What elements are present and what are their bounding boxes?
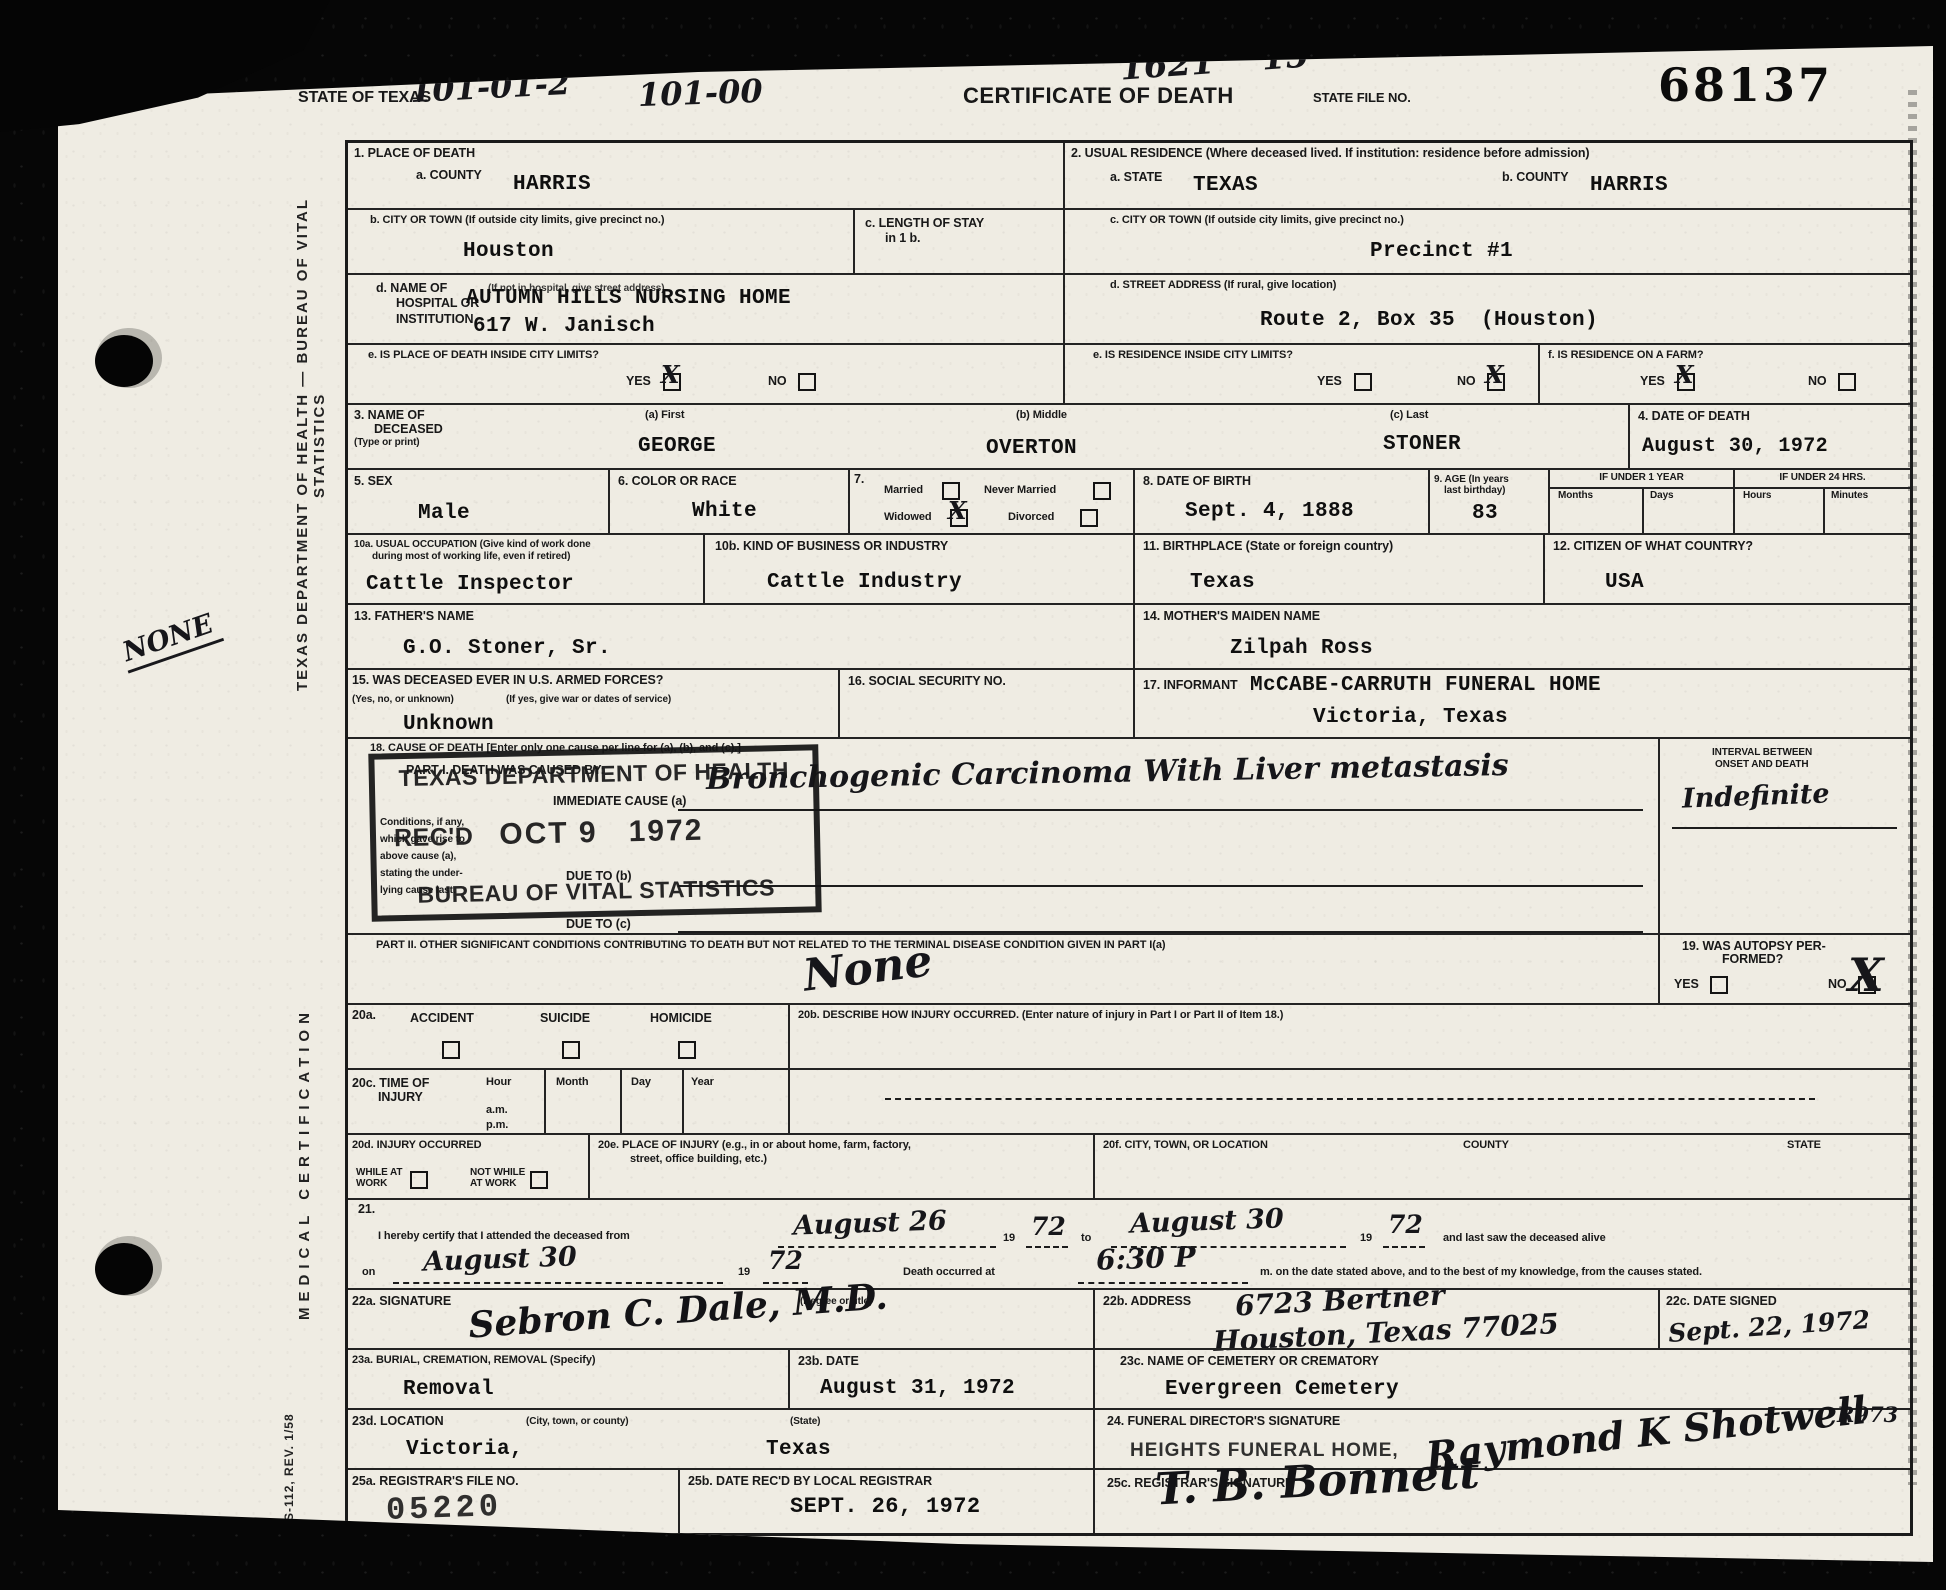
row-city-town: b. CITY OR TOWN (If outside city limits,… xyxy=(348,208,1910,273)
yr3-handwritten: 72 xyxy=(768,1246,803,1275)
place-injury-label2: street, office building, etc.) xyxy=(630,1153,767,1167)
armed-forces-sub1: (Yes, no, or unknown) xyxy=(352,694,454,707)
punch-hole-bottom xyxy=(95,1243,153,1295)
farm-yes-mark: X xyxy=(1675,363,1694,387)
field-injury-occurred: 20d. INJURY OCCURRED WHILE AT WORK NOT W… xyxy=(348,1135,588,1198)
occupation-value: Cattle Inspector xyxy=(366,573,574,596)
father-label: 13. FATHER'S NAME xyxy=(354,609,474,625)
attended-to-handwritten: August 30 xyxy=(1130,1203,1285,1239)
yr2-handwritten: 72 xyxy=(1388,1210,1423,1239)
field-registrar-date: 25b. DATE REC'D BY LOCAL REGISTRAR SEPT.… xyxy=(678,1470,1093,1533)
field-residence-farm: f. IS RESIDENCE ON A FARM? YES X NO xyxy=(1538,345,1910,403)
field-physician-address: 22b. ADDRESS 6723 Bertner Houston, Texas… xyxy=(1093,1290,1658,1348)
address-label: 22b. ADDRESS xyxy=(1103,1294,1191,1310)
handwritten-code-right: 101-00 xyxy=(637,72,763,114)
burial-date-value: August 31, 1972 xyxy=(820,1377,1015,1400)
punch-hole-top xyxy=(95,335,153,387)
burial-label: 23a. BURIAL, CREMATION, REMOVAL (Specify… xyxy=(352,1354,595,1368)
line xyxy=(1078,1282,1248,1284)
hour-label: Hour xyxy=(486,1076,511,1090)
row-burial: 23a. BURIAL, CREMATION, REMOVAL (Specify… xyxy=(348,1348,1910,1408)
citizen-value: USA xyxy=(1605,571,1644,594)
vertical-dept-label: TEXAS DEPARTMENT OF HEALTH — BUREAU OF V… xyxy=(294,150,328,740)
field-city-of-death: b. CITY OR TOWN (If outside city limits,… xyxy=(348,210,853,273)
suicide-label: SUICIDE xyxy=(540,1011,590,1027)
field-ssn: 16. SOCIAL SECURITY NO. xyxy=(838,670,1133,737)
field-mother-name: 14. MOTHER'S MAIDEN NAME Zilpah Ross xyxy=(1133,605,1910,668)
residence-limits-no-mark: X xyxy=(1485,363,1504,387)
county-value: HARRIS xyxy=(513,173,591,196)
first-name-label: (a) First xyxy=(645,409,684,423)
cause-line xyxy=(678,809,1643,811)
dob-label: 8. DATE OF BIRTH xyxy=(1143,474,1251,490)
widowed-label: Widowed xyxy=(884,511,931,525)
location-state-value: Texas xyxy=(766,1438,831,1461)
pm-label: p.m. xyxy=(486,1119,508,1133)
mother-label: 14. MOTHER'S MAIDEN NAME xyxy=(1143,609,1320,625)
field-time-of-injury: 20c. TIME OF INJURY Hour Month Day Year … xyxy=(348,1070,788,1133)
injury-occurred-label: 20d. INJURY OCCURRED xyxy=(352,1139,481,1153)
father-value: G.O. Stoner, Sr. xyxy=(403,637,611,660)
row-location-director: 23d. LOCATION (City, town, or county) (S… xyxy=(348,1408,1910,1468)
divider xyxy=(1823,487,1825,535)
signature-label: 22a. SIGNATURE xyxy=(352,1294,451,1310)
field-certification: 21. I hereby certify that I attended the… xyxy=(348,1200,1910,1288)
field-burial-date: 23b. DATE August 31, 1972 xyxy=(788,1350,1093,1408)
hours-label: Hours xyxy=(1743,490,1771,503)
due-b-line xyxy=(678,885,1643,887)
cemetery-value: Evergreen Cemetery xyxy=(1165,1378,1399,1401)
not-while-checkbox xyxy=(530,1171,548,1189)
marital-label: 7. xyxy=(854,472,864,488)
location-sub2: (State) xyxy=(790,1416,820,1429)
armed-forces-label: 15. WAS DECEASED EVER IN U.S. ARMED FORC… xyxy=(352,673,663,689)
due-to-c-label: DUE TO (c) xyxy=(566,917,631,933)
to-word: to xyxy=(1081,1232,1091,1246)
residence-limits-no-label: NO xyxy=(1457,374,1476,390)
race-value: White xyxy=(692,500,757,523)
certify-rest-text: m. on the date stated above, and to the … xyxy=(1260,1266,1702,1280)
field-funeral-director: 24. FUNERAL DIRECTOR'S SIGNATURE HEIGHTS… xyxy=(1093,1410,1910,1468)
divider xyxy=(620,1070,622,1133)
row-place-residence-header: 1. PLACE OF DEATH a. COUNTY HARRIS 2. US… xyxy=(348,143,1910,208)
burial-value: Removal xyxy=(403,1378,494,1401)
year-label: Year xyxy=(691,1076,714,1090)
field-name-of-deceased: 3. NAME OF DECEASED (Type or print) (a) … xyxy=(348,405,1628,468)
certificate-title: CERTIFICATE OF DEATH xyxy=(963,82,1234,110)
date-signed-label: 22c. DATE SIGNED xyxy=(1666,1294,1777,1310)
farm-no-checkbox xyxy=(1838,373,1856,391)
stamp-date: OCT 9 1972 xyxy=(499,814,704,852)
row-parents: 13. FATHER'S NAME G.O. Stoner, Sr. 14. M… xyxy=(348,603,1910,668)
row-armed-forces: 15. WAS DECEASED EVER IN U.S. ARMED FORC… xyxy=(348,668,1910,737)
autopsy-label2: FORMED? xyxy=(1722,952,1783,968)
place-of-death-title: 1. PLACE OF DEATH xyxy=(354,146,475,162)
occupation-label2: during most of working life, even if ret… xyxy=(372,551,570,564)
widowed-mark: X xyxy=(948,499,967,523)
yr1-handwritten: 72 xyxy=(1031,1212,1066,1241)
line xyxy=(1026,1246,1068,1248)
stamp-line3: BUREAU OF VITAL STATISTICS xyxy=(387,874,805,910)
registrar-date-label: 25b. DATE REC'D BY LOCAL REGISTRAR xyxy=(688,1474,932,1490)
field-usual-residence: 2. USUAL RESIDENCE (Where deceased lived… xyxy=(1063,143,1910,208)
field-burial-type: 23a. BURIAL, CREMATION, REMOVAL (Specify… xyxy=(348,1350,788,1408)
business-label: 10b. KIND OF BUSINESS OR INDUSTRY xyxy=(715,539,948,555)
age-label2: last birthday) xyxy=(1444,485,1505,498)
birthplace-value: Texas xyxy=(1190,571,1255,594)
residence-city-value: Precinct #1 xyxy=(1370,240,1513,263)
registrar-file-value: 05220 xyxy=(385,1488,502,1529)
married-label: Married xyxy=(884,484,923,498)
field-interval: INTERVAL BETWEEN ONSET AND DEATH Indefin… xyxy=(1658,739,1910,933)
certificate-number: 68137 xyxy=(1658,58,1833,112)
time-injury-label2: INJURY xyxy=(378,1090,423,1106)
field-injury-blank xyxy=(788,1070,1910,1133)
death-limits-no-checkbox xyxy=(798,373,816,391)
field-date-signed: 22c. DATE SIGNED Sept. 22, 1972 xyxy=(1658,1290,1910,1348)
accident-num: 20a. xyxy=(352,1008,376,1024)
field-street-address: d. STREET ADDRESS (If rural, give locati… xyxy=(1063,275,1910,343)
row-sex-race-age: 5. SEX Male 6. COLOR OR RACE White 7. Ma… xyxy=(348,468,1910,533)
margin-note-handwritten: NONE xyxy=(117,606,225,673)
widowed-checkbox: X xyxy=(950,509,968,527)
certify-text: I hereby certify that I attended the dec… xyxy=(378,1230,630,1244)
suicide-checkbox xyxy=(562,1041,580,1059)
business-value: Cattle Industry xyxy=(767,571,962,594)
accident-label: ACCIDENT xyxy=(410,1011,474,1027)
under-24-hrs-header: IF UNDER 24 HRS. xyxy=(1735,470,1910,489)
autopsy-yes-checkbox xyxy=(1710,976,1728,994)
interval-line xyxy=(1672,827,1897,829)
death-occurred-text: Death occurred at xyxy=(903,1266,995,1280)
ssn-label: 16. SOCIAL SECURITY NO. xyxy=(848,674,1006,690)
field-marital-status: 7. Married Never Married Widowed X Divor… xyxy=(848,470,1133,533)
field-under-1-year: IF UNDER 1 YEAR Months Days xyxy=(1548,470,1733,533)
field-business-industry: 10b. KIND OF BUSINESS OR INDUSTRY Cattle… xyxy=(703,535,1133,603)
autopsy-yes-label: YES xyxy=(1674,977,1699,993)
describe-injury-label: 20b. DESCRIBE HOW INJURY OCCURRED. (Ente… xyxy=(798,1009,1283,1023)
residence-city-label: c. CITY OR TOWN (If outside city limits,… xyxy=(1110,214,1404,228)
field-autopsy: 19. WAS AUTOPSY PER- FORMED? YES NO X xyxy=(1658,935,1910,1003)
residence-county-label: b. COUNTY xyxy=(1502,170,1568,186)
residence-limits-no-checkbox: X xyxy=(1487,373,1505,391)
street-address-value: Route 2, Box 35 (Houston) xyxy=(1260,309,1598,332)
field-physician-signature: 22a. SIGNATURE (Degree or title) Sebron … xyxy=(348,1290,1093,1348)
line xyxy=(1383,1246,1425,1248)
accident-checkbox xyxy=(442,1041,460,1059)
row-registrar: 25a. REGISTRAR'S FILE NO. 05220 25b. DAT… xyxy=(348,1468,1910,1533)
months-label: Months xyxy=(1558,490,1593,503)
divorced-checkbox xyxy=(1080,509,1098,527)
sex-value: Male xyxy=(418,502,470,525)
citizen-label: 12. CITIZEN OF WHAT COUNTRY? xyxy=(1553,539,1753,555)
row-occupation: 10a. USUAL OCCUPATION (Give kind of work… xyxy=(348,533,1910,603)
row-time-of-injury: 20c. TIME OF INJURY Hour Month Day Year … xyxy=(348,1068,1910,1133)
homicide-label: HOMICIDE xyxy=(650,1011,712,1027)
divider xyxy=(544,1070,546,1133)
autopsy-no-label: NO xyxy=(1828,977,1847,993)
date-of-death-label: 4. DATE OF DEATH xyxy=(1638,409,1750,425)
hospital-label1: d. NAME OF xyxy=(376,281,447,297)
field-place-of-death: 1. PLACE OF DEATH a. COUNTY HARRIS xyxy=(348,143,1063,208)
hospital-value: AUTUMN HILLS NURSING HOME xyxy=(466,287,791,310)
location-label: 23d. LOCATION xyxy=(352,1414,444,1430)
interval-label2: ONSET AND DEATH xyxy=(1715,759,1809,772)
certify-num: 21. xyxy=(358,1202,375,1218)
stamp-line1: TEXAS DEPARTMENT OF HEALTH xyxy=(385,757,803,793)
residence-county-value: HARRIS xyxy=(1590,174,1668,197)
location-sub1: (City, town, or county) xyxy=(526,1416,629,1429)
field-cause-of-death: 18. CAUSE OF DEATH [Enter only one cause… xyxy=(348,739,1658,933)
residence-state-label: a. STATE xyxy=(1110,170,1162,186)
field-death-city-limits: e. IS PLACE OF DEATH INSIDE CITY LIMITS?… xyxy=(348,345,1063,403)
residence-limits-yes-checkbox xyxy=(1354,373,1372,391)
middle-name-value: OVERTON xyxy=(986,437,1077,460)
am-label: a.m. xyxy=(486,1104,508,1118)
month-label: Month xyxy=(556,1076,588,1090)
field-burial-location: 23d. LOCATION (City, town, or county) (S… xyxy=(348,1410,1093,1468)
cemetery-label: 23c. NAME OF CEMETERY OR CREMATORY xyxy=(1120,1354,1379,1370)
row-certification: 21. I hereby certify that I attended the… xyxy=(348,1198,1910,1288)
under-1-year-header: IF UNDER 1 YEAR xyxy=(1550,470,1733,489)
field-hospital: d. NAME OF HOSPITAL OR INSTITUTION (If n… xyxy=(348,275,1063,343)
burial-date-label: 23b. DATE xyxy=(798,1354,859,1370)
field-occupation: 10a. USUAL OCCUPATION (Give kind of work… xyxy=(348,535,703,603)
line xyxy=(778,1246,996,1248)
alive-on-handwritten: August 30 xyxy=(423,1241,578,1277)
handwritten-file-number: 1621 15 xyxy=(1119,35,1311,88)
name-title3: (Type or print) xyxy=(354,437,420,450)
length-of-stay-label2: in 1 b. xyxy=(885,231,920,247)
row-accident: 20a. ACCIDENT SUICIDE HOMICIDE 20b. DESC… xyxy=(348,1003,1910,1068)
yr1-prefix: 19 xyxy=(1003,1232,1015,1246)
not-while-label2: AT WORK xyxy=(470,1178,516,1191)
row-part2-autopsy: PART II. OTHER SIGNIFICANT CONDITIONS CO… xyxy=(348,933,1910,1003)
death-limits-yes-checkbox: X xyxy=(663,373,681,391)
residence-state-value: TEXAS xyxy=(1193,174,1258,197)
interval-label1: INTERVAL BETWEEN xyxy=(1712,747,1812,760)
homicide-checkbox xyxy=(678,1041,696,1059)
injury-county-label: COUNTY xyxy=(1463,1139,1509,1153)
mother-value: Zilpah Ross xyxy=(1230,637,1373,660)
field-citizen: 12. CITIZEN OF WHAT COUNTRY? USA xyxy=(1543,535,1910,603)
alive-text: and last saw the deceased alive xyxy=(1443,1232,1606,1246)
cause-handwritten: Bronchogenic Carcinoma With Liver metast… xyxy=(706,748,1509,797)
field-armed-forces: 15. WAS DECEASED EVER IN U.S. ARMED FORC… xyxy=(348,670,838,737)
residence-limits-yes-label: YES xyxy=(1317,374,1342,390)
field-part2: PART II. OTHER SIGNIFICANT CONDITIONS CO… xyxy=(348,935,1658,1003)
certificate-form: 1. PLACE OF DEATH a. COUNTY HARRIS 2. US… xyxy=(345,140,1913,1536)
race-label: 6. COLOR OR RACE xyxy=(618,474,737,490)
part2-label: PART II. OTHER SIGNIFICANT CONDITIONS CO… xyxy=(376,939,1165,953)
days-label: Days xyxy=(1650,490,1674,503)
street-address-label: d. STREET ADDRESS (If rural, give locati… xyxy=(1110,279,1336,293)
autopsy-no-checkbox: X xyxy=(1858,976,1876,994)
scanned-death-certificate: NONE TEXAS DEPARTMENT OF HEALTH — BUREAU… xyxy=(0,0,1946,1590)
usual-residence-title: 2. USUAL RESIDENCE (Where deceased lived… xyxy=(1071,146,1589,162)
county-label: a. COUNTY xyxy=(416,168,482,184)
farm-yes-label: YES xyxy=(1640,374,1665,390)
divorced-label: Divorced xyxy=(1008,511,1054,525)
sex-label: 5. SEX xyxy=(354,474,392,490)
field-age: 9. AGE (In years last birthday) 83 xyxy=(1428,470,1548,533)
never-married-label: Never Married xyxy=(984,484,1056,498)
divider xyxy=(682,1070,684,1133)
field-father-name: 13. FATHER'S NAME G.O. Stoner, Sr. xyxy=(348,605,1133,668)
stamp-recd: REC'D xyxy=(394,823,474,854)
attended-from-handwritten: August 26 xyxy=(793,1205,948,1241)
last-name-value: STONER xyxy=(1383,433,1461,456)
city-of-death-value: Houston xyxy=(463,240,554,263)
injury-writing-line xyxy=(885,1098,1815,1100)
death-time-handwritten: 6:30 P xyxy=(1095,1240,1196,1276)
length-of-stay-label: c. LENGTH OF STAY xyxy=(865,216,984,232)
yr2-prefix: 19 xyxy=(1360,1232,1372,1246)
row-cause-of-death: 18. CAUSE OF DEATH [Enter only one cause… xyxy=(348,737,1910,933)
age-value: 83 xyxy=(1472,502,1498,525)
farm-yes-checkbox: X xyxy=(1677,373,1695,391)
dob-value: Sept. 4, 1888 xyxy=(1185,500,1354,523)
vertical-form-code: VS-112, REV. 1/58 xyxy=(282,1360,296,1530)
hospital-address-value: 617 W. Janisch xyxy=(473,315,655,338)
field-accident-suicide-homicide: 20a. ACCIDENT SUICIDE HOMICIDE xyxy=(348,1005,788,1068)
last-name-label: (c) Last xyxy=(1390,409,1428,423)
occupation-label1: 10a. USUAL OCCUPATION (Give kind of work… xyxy=(354,539,591,552)
middle-name-label: (b) Middle xyxy=(1016,409,1067,423)
field-registrar-signature: 25c. REGISTRAR'S SIGNATURE T. B. Bonnett xyxy=(1093,1470,1910,1533)
registrar-date-value: SEPT. 26, 1972 xyxy=(790,1494,980,1519)
date-of-death-value: August 30, 1972 xyxy=(1642,435,1828,458)
field-residence-city-limits: e. IS RESIDENCE INSIDE CITY LIMITS? YES … xyxy=(1063,345,1538,403)
day-label: Day xyxy=(631,1076,651,1090)
city-of-death-label: b. CITY OR TOWN (If outside city limits,… xyxy=(370,214,664,228)
death-limits-no-label: NO xyxy=(768,374,787,390)
armed-forces-sub2: (If yes, give war or dates of service) xyxy=(506,694,671,707)
field-sex: 5. SEX Male xyxy=(348,470,608,533)
field-place-of-injury: 20e. PLACE OF INJURY (e.g., in or about … xyxy=(588,1135,1093,1198)
never-married-checkbox xyxy=(1093,482,1111,500)
while-at-work-label2: WORK xyxy=(356,1178,387,1191)
field-under-24-hrs: IF UNDER 24 HRS. Hours Minutes xyxy=(1733,470,1910,533)
first-name-value: GEORGE xyxy=(638,435,716,458)
certificate-paper: NONE TEXAS DEPARTMENT OF HEALTH — BUREAU… xyxy=(58,30,1933,1565)
row-city-limits: e. IS PLACE OF DEATH INSIDE CITY LIMITS?… xyxy=(348,343,1910,403)
field-injury-location: 20f. CITY, TOWN, OR LOCATION COUNTY STAT… xyxy=(1093,1135,1910,1198)
death-limits-yes-mark: X xyxy=(661,363,680,387)
field-informant: 17. INFORMANT McCABE-CARRUTH FUNERAL HOM… xyxy=(1133,670,1910,737)
farm-no-label: NO xyxy=(1808,374,1827,390)
field-registrar-file-no: 25a. REGISTRAR'S FILE NO. 05220 xyxy=(348,1470,678,1533)
date-signed-handwritten: Sept. 22, 1972 xyxy=(1667,1305,1871,1348)
field-birthplace: 11. BIRTHPLACE (State or foreign country… xyxy=(1133,535,1543,603)
row-injury-occurred: 20d. INJURY OCCURRED WHILE AT WORK NOT W… xyxy=(348,1133,1910,1198)
handwritten-code-left: 101-01-2 xyxy=(409,64,571,110)
interval-handwritten: Indefinite xyxy=(1682,778,1830,814)
residence-limits-label: e. IS RESIDENCE INSIDE CITY LIMITS? xyxy=(1093,349,1293,363)
death-limits-yes-label: YES xyxy=(626,374,651,390)
yr3-prefix: 19 xyxy=(738,1266,750,1280)
state-file-no-label: STATE FILE NO. xyxy=(1313,90,1411,106)
informant-label: 17. INFORMANT xyxy=(1143,678,1238,694)
armed-forces-value: Unknown xyxy=(403,713,494,736)
injury-city-label: 20f. CITY, TOWN, OR LOCATION xyxy=(1103,1139,1268,1153)
autopsy-no-mark: X xyxy=(1848,952,1884,998)
field-color-race: 6. COLOR OR RACE White xyxy=(608,470,848,533)
vertical-medical-label: MEDICAL CERTIFICATION xyxy=(296,740,313,1320)
informant-value2: Victoria, Texas xyxy=(1313,706,1508,729)
place-injury-label1: 20e. PLACE OF INJURY (e.g., in or about … xyxy=(598,1139,911,1153)
field-date-of-birth: 8. DATE OF BIRTH Sept. 4, 1888 xyxy=(1133,470,1428,533)
informant-value1: McCABE-CARRUTH FUNERAL HOME xyxy=(1250,674,1601,697)
divider xyxy=(1642,487,1644,535)
hospital-label3: INSTITUTION xyxy=(396,312,473,328)
name-title2: DECEASED xyxy=(374,422,443,438)
funeral-director-label: 24. FUNERAL DIRECTOR'S SIGNATURE xyxy=(1107,1414,1340,1430)
row-physician-signature: 22a. SIGNATURE (Degree or title) Sebron … xyxy=(348,1288,1910,1348)
row-name-deceased: 3. NAME OF DECEASED (Type or print) (a) … xyxy=(348,403,1910,468)
row-hospital-street: d. NAME OF HOSPITAL OR INSTITUTION (If n… xyxy=(348,273,1910,343)
birthplace-label: 11. BIRTHPLACE (State or foreign country… xyxy=(1143,539,1393,555)
while-at-work-checkbox xyxy=(410,1171,428,1189)
location-city-value: Victoria, xyxy=(406,1438,523,1461)
field-describe-injury: 20b. DESCRIBE HOW INJURY OCCURRED. (Ente… xyxy=(788,1005,1910,1068)
injury-state-label: STATE xyxy=(1787,1139,1821,1153)
line xyxy=(393,1282,723,1284)
death-limits-label: e. IS PLACE OF DEATH INSIDE CITY LIMITS? xyxy=(368,349,599,363)
field-date-of-death: 4. DATE OF DEATH August 30, 1972 xyxy=(1628,405,1910,468)
on-word: on xyxy=(362,1266,375,1280)
field-residence-city: c. CITY OR TOWN (If outside city limits,… xyxy=(1063,210,1910,273)
minutes-label: Minutes xyxy=(1831,490,1868,503)
received-stamp: TEXAS DEPARTMENT OF HEALTH REC'D OCT 9 1… xyxy=(368,744,821,921)
field-length-of-stay: c. LENGTH OF STAY in 1 b. xyxy=(853,210,1063,273)
